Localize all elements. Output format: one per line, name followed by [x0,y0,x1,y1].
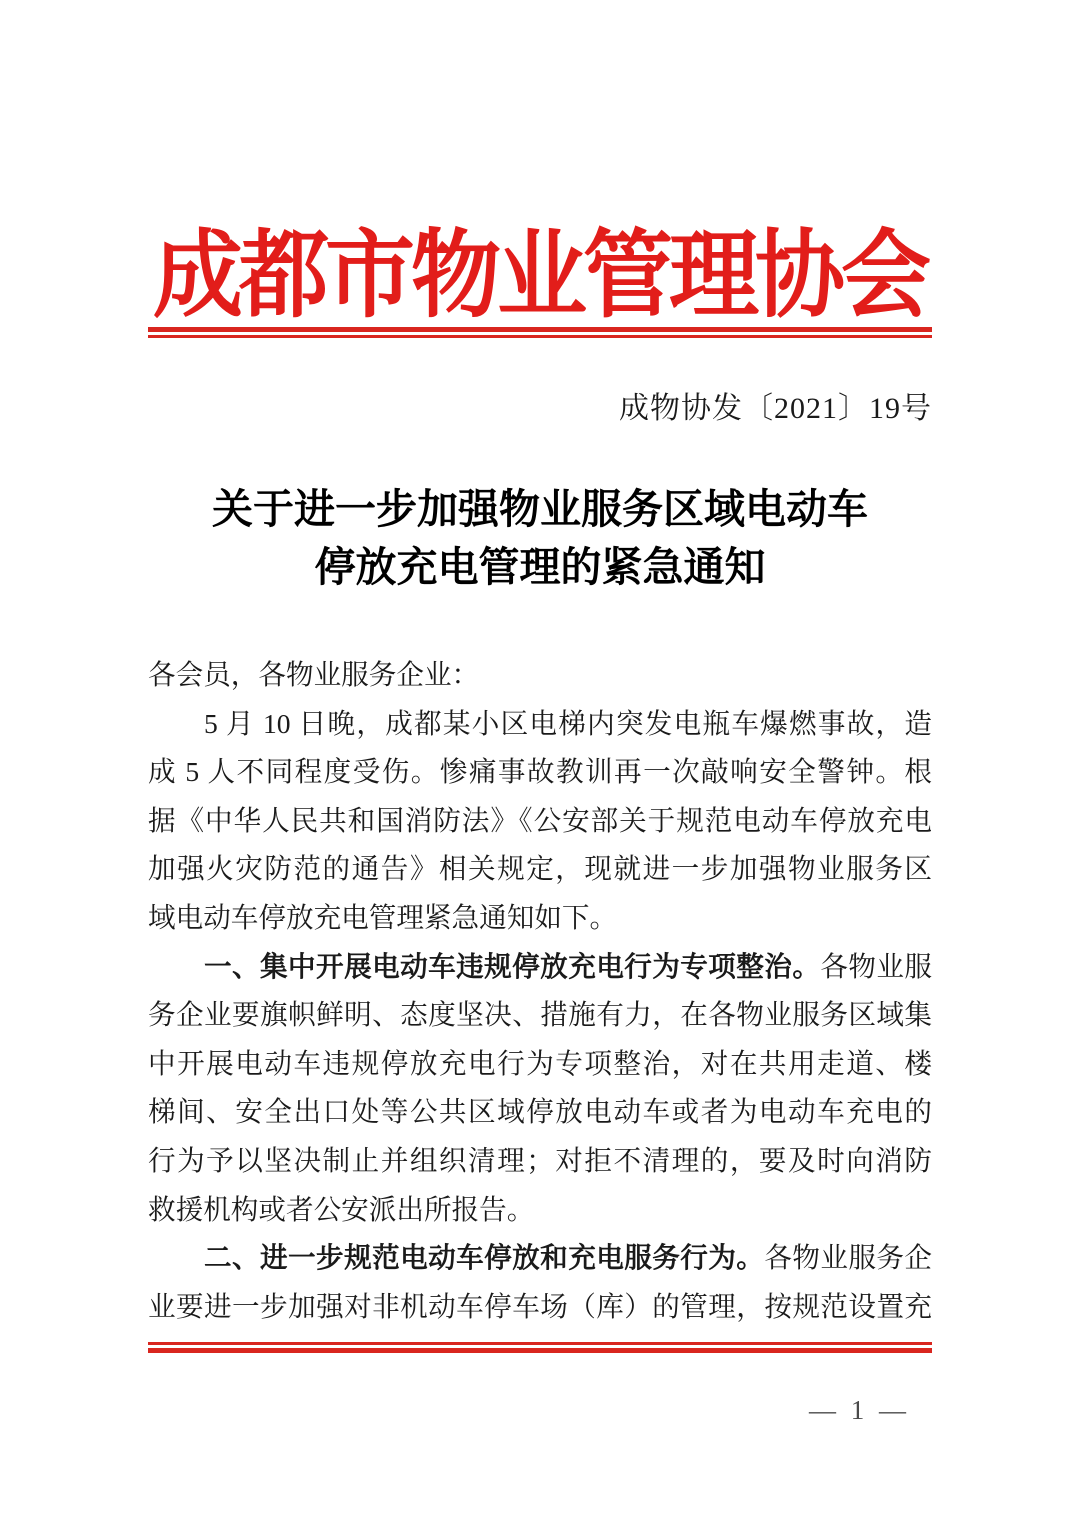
body-line: 5 月 10 日晚，成都某小区电梯内突发电瓶车爆燃事故，造 [148,700,932,749]
footer-rule-thick-line [148,1348,932,1353]
document-title-line1: 关于进一步加强物业服务区域电动车 [0,480,1080,538]
body-line: 加强火灾防范的通告》相关规定，现就进一步加强物业服务区 [148,845,932,894]
document-body: 各会员，各物业服务企业： 5 月 10 日晚，成都某小区电梯内突发电瓶车爆燃事故… [148,651,932,1331]
body-line: 成 5 人不同程度受伤。惨痛事故教训再一次敲响安全警钟。根 [148,748,932,797]
header-double-rule [148,327,932,338]
body-line: 务企业要旗帜鲜明、态度坚决、措施有力，在各物业服务区域集 [148,991,932,1040]
document-title-line2: 停放充电管理的紧急通知 [0,538,1080,596]
body-line: 梯间、安全出口处等公共区域停放电动车或者为电动车充电的 [148,1088,932,1137]
page-number: — 1 — [809,1394,910,1426]
document-page: 成都市物业管理协会 成物协发〔2021〕19号 关于进一步加强物业服务区域电动车… [0,0,1080,1528]
body-line: 中开展电动车违规停放充电行为专项整治，对在共用走道、楼 [148,1040,932,1089]
body-line-salutation: 各会员，各物业服务企业： [148,651,932,700]
body-line: 救援机构或者公安派出所报告。 [148,1186,932,1235]
footer-double-rule [148,1342,932,1353]
body-line-section-2: 二、进一步规范电动车停放和充电服务行为。各物业服务企 [148,1234,932,1283]
body-line: 据《中华人民共和国消防法》《公安部关于规范电动车停放充电 [148,797,932,846]
body-line: 业要进一步加强对非机动车停车场（库）的管理，按规范设置充 [148,1283,932,1332]
body-line: 域电动车停放充电管理紧急通知如下。 [148,894,932,943]
org-name-header: 成都市物业管理协会 [0,198,1080,336]
header-rule-thin-line [148,335,932,338]
document-title: 关于进一步加强物业服务区域电动车 停放充电管理的紧急通知 [0,480,1080,596]
section-1-heading: 一、集中开展电动车违规停放充电行为专项整治。 [204,951,820,982]
body-line: 行为予以坚决制止并组织清理；对拒不清理的，要及时向消防 [148,1137,932,1186]
body-line-section-1: 一、集中开展电动车违规停放充电行为专项整治。各物业服 [148,943,932,992]
doc-number: 成物协发〔2021〕19号 [619,383,932,427]
section-2-heading: 二、进一步规范电动车停放和充电服务行为。 [204,1242,764,1273]
